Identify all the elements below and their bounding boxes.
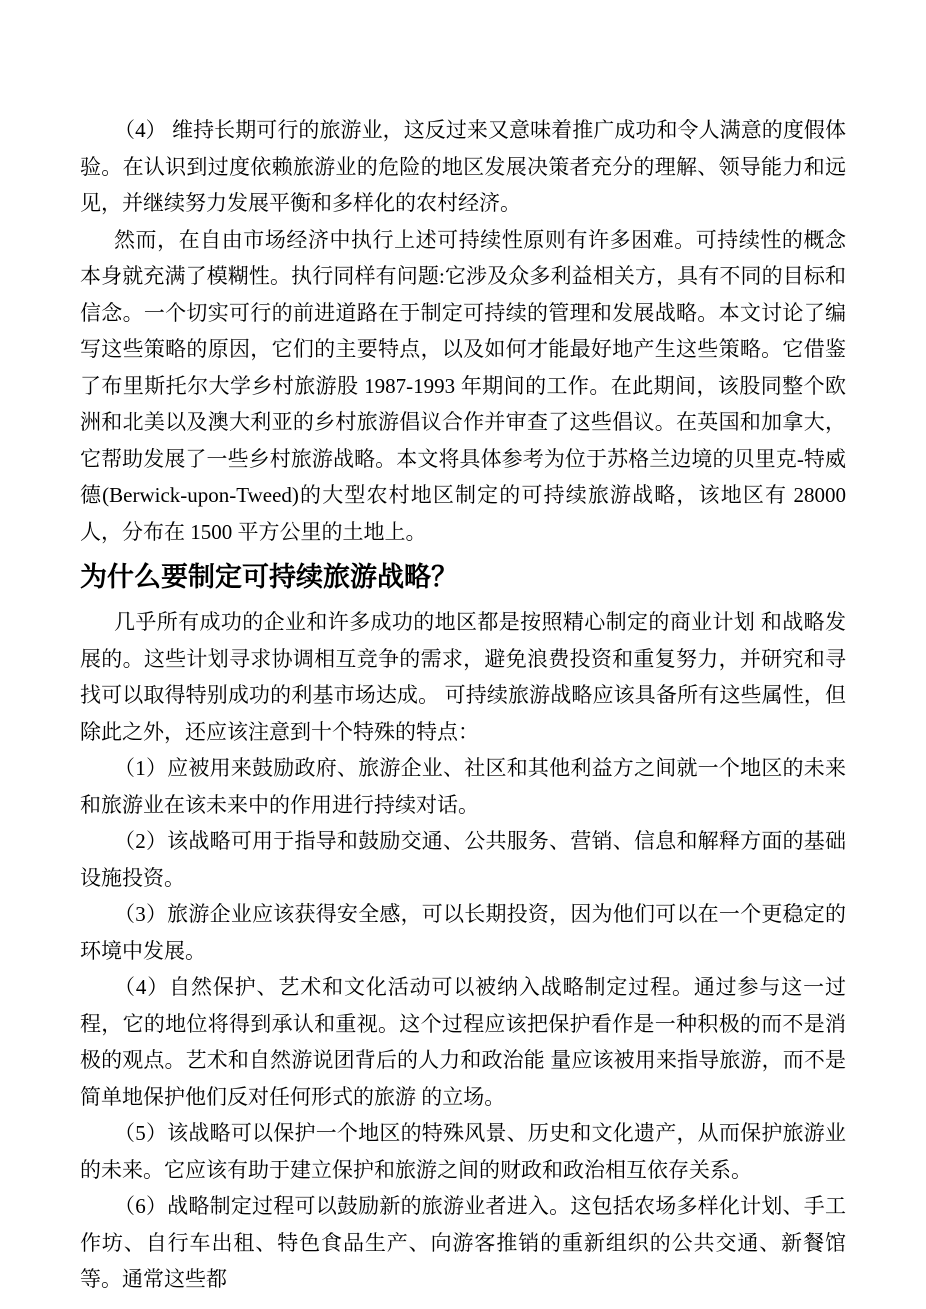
paragraph-point4-previous-list: （4） 维持长期可行的旅游业，这反过来又意味着推广成功和令人满意的度假体验。在认… <box>80 112 846 222</box>
paragraph-intro-difficulties: 然而，在自由市场经济中执行上述可持续性原则有许多困难。可持续性的概念本身就充满了… <box>80 222 846 551</box>
list-item-1: （1）应被用来鼓励政府、旅游企业、社区和其他利益方之间就一个地区的未来和旅游业在… <box>80 750 846 823</box>
list-item-2: （2）该战略可用于指导和鼓励交通、公共服务、营销、信息和解释方面的基础设施投资。 <box>80 823 846 896</box>
section-heading: 为什么要制定可持续旅游战略？ <box>80 557 846 597</box>
list-item-5: （5）该战略可以保护一个地区的特殊风景、历史和文化遗产，从而保护旅游业的未来。它… <box>80 1115 846 1188</box>
document-page: （4） 维持长期可行的旅游业，这反过来又意味着推广成功和令人满意的度假体验。在认… <box>0 0 926 1309</box>
list-item-3: （3）旅游企业应该获得安全感，可以长期投资，因为他们可以在一个更稳定的环境中发展… <box>80 896 846 969</box>
list-item-4: （4）自然保护、艺术和文化活动可以被纳入战略制定过程。通过参与这一过程，它的地位… <box>80 969 846 1115</box>
list-item-6-truncated: （6）战略制定过程可以鼓励新的旅游业者进入。这包括农场多样化计划、手工作坊、自行… <box>80 1188 846 1298</box>
paragraph-business-plans: 几乎所有成功的企业和许多成功的地区都是按照精心制定的商业计划 和战略发展的。这些… <box>80 604 846 750</box>
